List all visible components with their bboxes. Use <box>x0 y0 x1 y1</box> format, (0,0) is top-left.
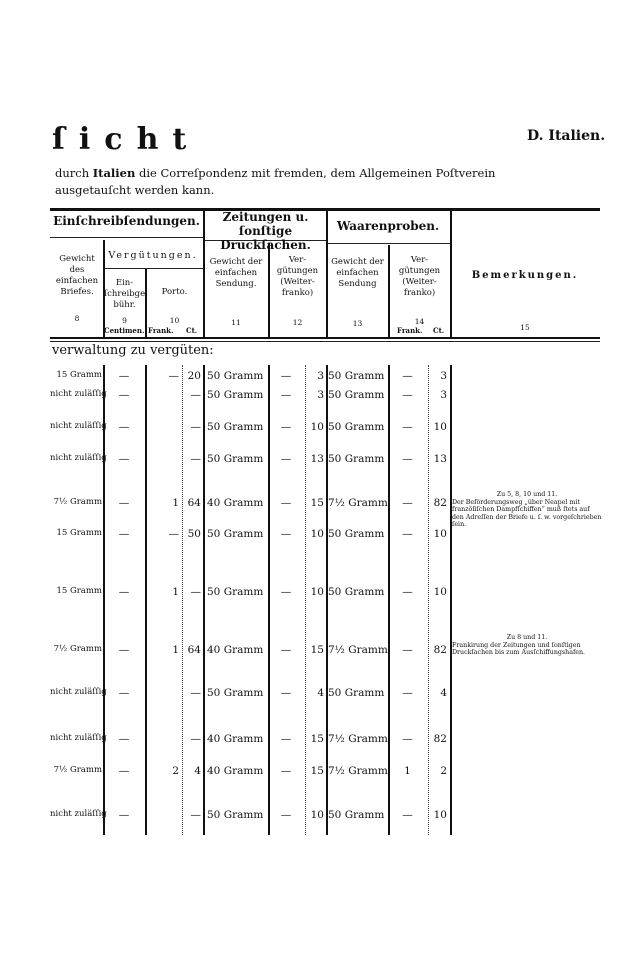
cell-einschreib: — <box>104 370 144 382</box>
cell-einschreib: — <box>104 421 144 433</box>
cell-porto-ct: — <box>183 687 201 699</box>
cell-zeit-gew: 40 Gramm <box>207 497 267 509</box>
col-number-13: 13 <box>327 319 388 328</box>
cell-waar-fr: — <box>389 528 426 540</box>
cell-waar-fr: — <box>389 389 426 401</box>
cell-zeit-fr: — <box>269 421 303 433</box>
cell-einschreib: — <box>104 765 144 777</box>
group-einschreibsendungen: Einſchreibſendungen. <box>50 214 203 228</box>
body-vline-10 <box>203 365 205 835</box>
cell-waar-gew: 7½ Gramm <box>328 765 388 777</box>
cell-zeit-ct: 13 <box>306 453 324 465</box>
unit-centimen: Centimen. <box>104 326 144 335</box>
note-1-text: Der Beförderungsweg „über Neapel mit fra… <box>452 499 602 529</box>
cell-einschreib: — <box>104 453 144 465</box>
group-bemerkungen: Bemerkungen. <box>450 270 600 281</box>
cell-waar-ct: 82 <box>429 644 447 656</box>
cell-zeit-ct: 15 <box>306 733 324 745</box>
cell-waar-fr: — <box>389 586 426 598</box>
cell-einschreib: — <box>104 389 144 401</box>
col-header-11: Gewicht der einfachen Sendung. <box>204 257 268 290</box>
cell-gewicht: nicht zuläſſig <box>50 421 102 431</box>
cell-zeit-ct: 10 <box>306 421 324 433</box>
cell-waar-gew: 50 Gramm <box>328 370 388 382</box>
col-header-9: Ein- ſchreibge bühr. <box>104 278 145 311</box>
col-number-11: 11 <box>204 318 268 327</box>
cell-porto-ct: — <box>183 586 201 598</box>
cell-waar-ct: 82 <box>429 733 447 745</box>
cell-waar-gew: 50 Gramm <box>328 586 388 598</box>
cell-einschreib: — <box>104 644 144 656</box>
cell-waar-fr: — <box>389 687 426 699</box>
intro-text: durch Italien die Correſpondenz mit frem… <box>55 165 525 199</box>
unit-frank-14: Frank. <box>397 326 422 335</box>
page-title: ſicht <box>52 122 200 157</box>
cell-porto-fr: 1 <box>146 586 179 598</box>
verguetungen-rule <box>103 268 203 269</box>
cell-zeit-fr: — <box>269 765 303 777</box>
cell-einschreib: — <box>104 687 144 699</box>
note-1-heading: Zu 5, 8, 10 und 11. <box>452 491 602 499</box>
cell-zeit-ct: 15 <box>306 765 324 777</box>
cell-zeit-ct: 10 <box>306 809 324 821</box>
cell-gewicht: nicht zuläſſig <box>50 687 102 697</box>
cell-porto-fr: 2 <box>146 765 179 777</box>
cell-waar-ct: 82 <box>429 497 447 509</box>
col-number-10: 10 <box>146 316 203 325</box>
cell-zeit-fr: — <box>269 809 303 821</box>
intro-rest: die Correſpondenz mit fremden, dem Allge… <box>135 166 495 180</box>
group-rule-einschreib <box>50 237 203 238</box>
group-zeitungen: Zeitungen u. ſonſtige Druckſachen. <box>205 210 326 252</box>
note-2-text: Frankirung der Zeitungen und ſonſtigen D… <box>452 642 602 657</box>
unit-ct: Ct. <box>186 326 197 335</box>
subheading: verwaltung zu vergüten: <box>52 343 214 358</box>
col-number-9: 9 <box>104 316 145 325</box>
cell-porto-ct: 50 <box>183 528 201 540</box>
col-header-8: Gewicht des einfachen Briefes. <box>51 254 103 298</box>
cell-zeit-fr: — <box>269 528 303 540</box>
header-bottom-rule-2 <box>50 341 600 342</box>
cell-einschreib: — <box>104 528 144 540</box>
cell-zeit-ct: 3 <box>306 370 324 382</box>
cell-zeit-fr: — <box>269 497 303 509</box>
cell-porto-fr: — <box>146 370 179 382</box>
cell-zeit-fr: — <box>269 733 303 745</box>
cell-waar-fr: — <box>389 453 426 465</box>
cell-gewicht: nicht zuläſſig <box>50 733 102 743</box>
cell-zeit-gew: 50 Gramm <box>207 687 267 699</box>
cell-porto-fr: — <box>146 528 179 540</box>
cell-gewicht: nicht zuläſſig <box>50 809 102 819</box>
col-number-12: 12 <box>269 318 326 327</box>
cell-gewicht: 7½ Gramm <box>50 497 102 507</box>
cell-porto-ct: 64 <box>183 497 201 509</box>
note-2: Zu 8 und 11. Frankirung der Zeitungen un… <box>452 634 602 657</box>
cell-waar-fr: — <box>389 421 426 433</box>
cell-waar-ct: 10 <box>429 586 447 598</box>
cell-waar-fr: 1 <box>389 765 426 777</box>
cell-zeit-gew: 50 Gramm <box>207 389 267 401</box>
cell-gewicht: 15 Gramm <box>50 370 102 380</box>
cell-zeit-ct: 15 <box>306 644 324 656</box>
cell-einschreib: — <box>104 497 144 509</box>
cell-gewicht: 15 Gramm <box>50 528 102 538</box>
cell-einschreib: — <box>104 733 144 745</box>
cell-waar-ct: 4 <box>429 687 447 699</box>
cell-zeit-gew: 40 Gramm <box>207 733 267 745</box>
unit-ct-14: Ct. <box>433 326 444 335</box>
cell-porto-ct: 20 <box>183 370 201 382</box>
cell-waar-fr: — <box>389 497 426 509</box>
cell-waar-gew: 50 Gramm <box>328 687 388 699</box>
col-header-12: Ver- gütungen (Weiter- franko) <box>269 255 326 299</box>
intro-country: Italien <box>93 166 136 180</box>
cell-waar-ct: 2 <box>429 765 447 777</box>
cell-porto-ct: — <box>183 733 201 745</box>
cell-porto-ct: — <box>183 453 201 465</box>
cell-waar-ct: 10 <box>429 421 447 433</box>
cell-waar-fr: — <box>389 370 426 382</box>
col-header-13: Gewicht der einfachen Sendung <box>327 257 388 290</box>
cell-zeit-ct: 10 <box>306 586 324 598</box>
cell-waar-fr: — <box>389 644 426 656</box>
note-1: Zu 5, 8, 10 und 11. Der Beförderungsweg … <box>452 491 602 529</box>
cell-porto-ct: — <box>183 421 201 433</box>
cell-waar-ct: 13 <box>429 453 447 465</box>
cell-waar-gew: 50 Gramm <box>328 528 388 540</box>
body-vline-14 <box>450 365 452 835</box>
cell-zeit-fr: — <box>269 370 303 382</box>
col-number-8: 8 <box>51 314 103 323</box>
cell-gewicht: nicht zuläſſig <box>50 453 102 463</box>
cell-waar-gew: 50 Gramm <box>328 421 388 433</box>
cell-einschreib: — <box>104 586 144 598</box>
col-header-14: Ver- gütungen (Weiter- franko) <box>389 255 450 299</box>
group-rule-waaren <box>326 243 450 244</box>
cell-gewicht: 7½ Gramm <box>50 644 102 654</box>
cell-zeit-gew: 50 Gramm <box>207 370 267 382</box>
cell-zeit-fr: — <box>269 687 303 699</box>
cell-zeit-gew: 50 Gramm <box>207 421 267 433</box>
note-2-heading: Zu 8 und 11. <box>452 634 602 642</box>
cell-zeit-ct: 10 <box>306 528 324 540</box>
cell-porto-ct: 64 <box>183 644 201 656</box>
cell-waar-gew: 50 Gramm <box>328 453 388 465</box>
cell-zeit-ct: 3 <box>306 389 324 401</box>
cell-zeit-fr: — <box>269 586 303 598</box>
cell-zeit-ct: 15 <box>306 497 324 509</box>
intro-line2: ausgetauſcht werden kann. <box>55 183 214 197</box>
cell-waar-ct: 3 <box>429 389 447 401</box>
cell-zeit-gew: 50 Gramm <box>207 528 267 540</box>
hdr-vline-9 <box>145 269 147 337</box>
cell-zeit-fr: — <box>269 389 303 401</box>
cell-gewicht: 15 Gramm <box>50 586 102 596</box>
col-number-14: 14 <box>389 317 450 326</box>
cell-zeit-ct: 4 <box>306 687 324 699</box>
cell-waar-gew: 7½ Gramm <box>328 733 388 745</box>
cell-zeit-gew: 50 Gramm <box>207 809 267 821</box>
cell-porto-fr: 1 <box>146 497 179 509</box>
col-number-15: 15 <box>450 323 600 332</box>
cell-zeit-gew: 40 Gramm <box>207 765 267 777</box>
cell-waar-ct: 10 <box>429 528 447 540</box>
group-waarenproben: Waarenproben. <box>326 219 450 233</box>
cell-gewicht: 7½ Gramm <box>50 765 102 775</box>
cell-waar-gew: 50 Gramm <box>328 389 388 401</box>
cell-zeit-gew: 50 Gramm <box>207 586 267 598</box>
col-header-10: Porto. <box>146 287 203 298</box>
cell-zeit-fr: — <box>269 644 303 656</box>
cell-porto-ct: 4 <box>183 765 201 777</box>
unit-frank: Frank. <box>148 326 173 335</box>
cell-waar-ct: 10 <box>429 809 447 821</box>
cell-zeit-gew: 40 Gramm <box>207 644 267 656</box>
cell-gewicht: nicht zuläſſig <box>50 389 102 399</box>
cell-zeit-gew: 50 Gramm <box>207 453 267 465</box>
cell-waar-ct: 3 <box>429 370 447 382</box>
cell-waar-gew: 50 Gramm <box>328 809 388 821</box>
cell-porto-fr: 1 <box>146 644 179 656</box>
cell-porto-ct: — <box>183 389 201 401</box>
cell-porto-ct: — <box>183 809 201 821</box>
cell-waar-fr: — <box>389 733 426 745</box>
cell-waar-gew: 7½ Gramm <box>328 497 388 509</box>
intro-prefix: durch <box>55 166 93 180</box>
verguetungen-label: Vergütungen. <box>103 250 203 261</box>
cell-waar-gew: 7½ Gramm <box>328 644 388 656</box>
cell-einschreib: — <box>104 809 144 821</box>
cell-zeit-fr: — <box>269 453 303 465</box>
section-label: D. Italien. <box>527 128 605 144</box>
header-bottom-rule <box>50 337 600 339</box>
cell-waar-fr: — <box>389 809 426 821</box>
